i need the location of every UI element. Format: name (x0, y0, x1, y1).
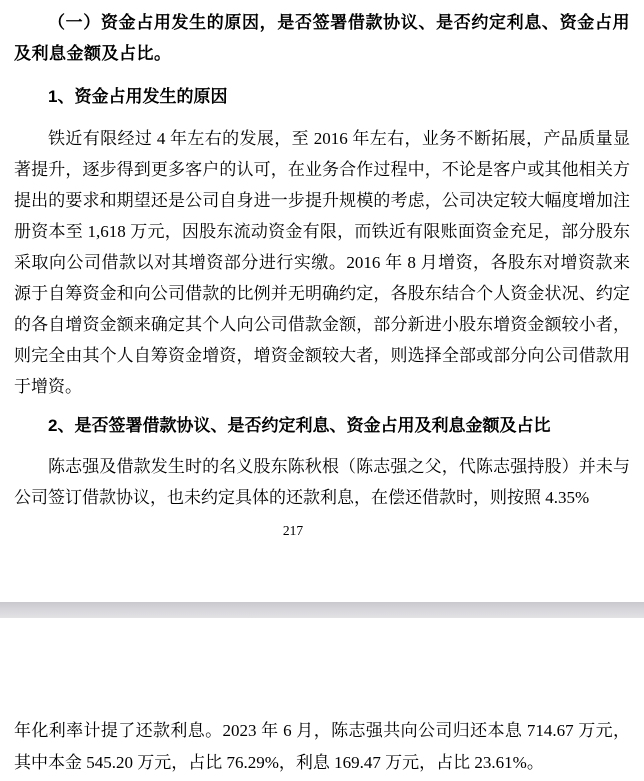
subsection-2-paragraph: 陈志强及借款发生时的名义股东陈秋根（陈志强之父，代陈志强持股）并未与公司签订借款… (14, 451, 630, 513)
subsection-2-title: 2、是否签署借款协议、是否约定利息、资金占用及利息金额及占比 (14, 410, 630, 441)
section-heading: （一）资金占用发生的原因，是否签署借款协议、是否约定利息、资金占用及利息金额及占… (14, 7, 630, 69)
continuation-paragraph: 年化利率计提了还款利息。2023 年 6 月，陈志强共向公司归还本息 714.6… (14, 715, 630, 779)
subsection-1-paragraph: 铁近有限经过 4 年左右的发展，至 2016 年左右，业务不断拓展，产品质量显著… (14, 123, 630, 402)
page-number: 217 (0, 521, 586, 541)
page-separator (0, 602, 644, 618)
subsection-1-title: 1、资金占用发生的原因 (14, 81, 630, 112)
document-viewer: （一）资金占用发生的原因，是否签署借款协议、是否约定利息、资金占用及利息金额及占… (0, 0, 644, 781)
